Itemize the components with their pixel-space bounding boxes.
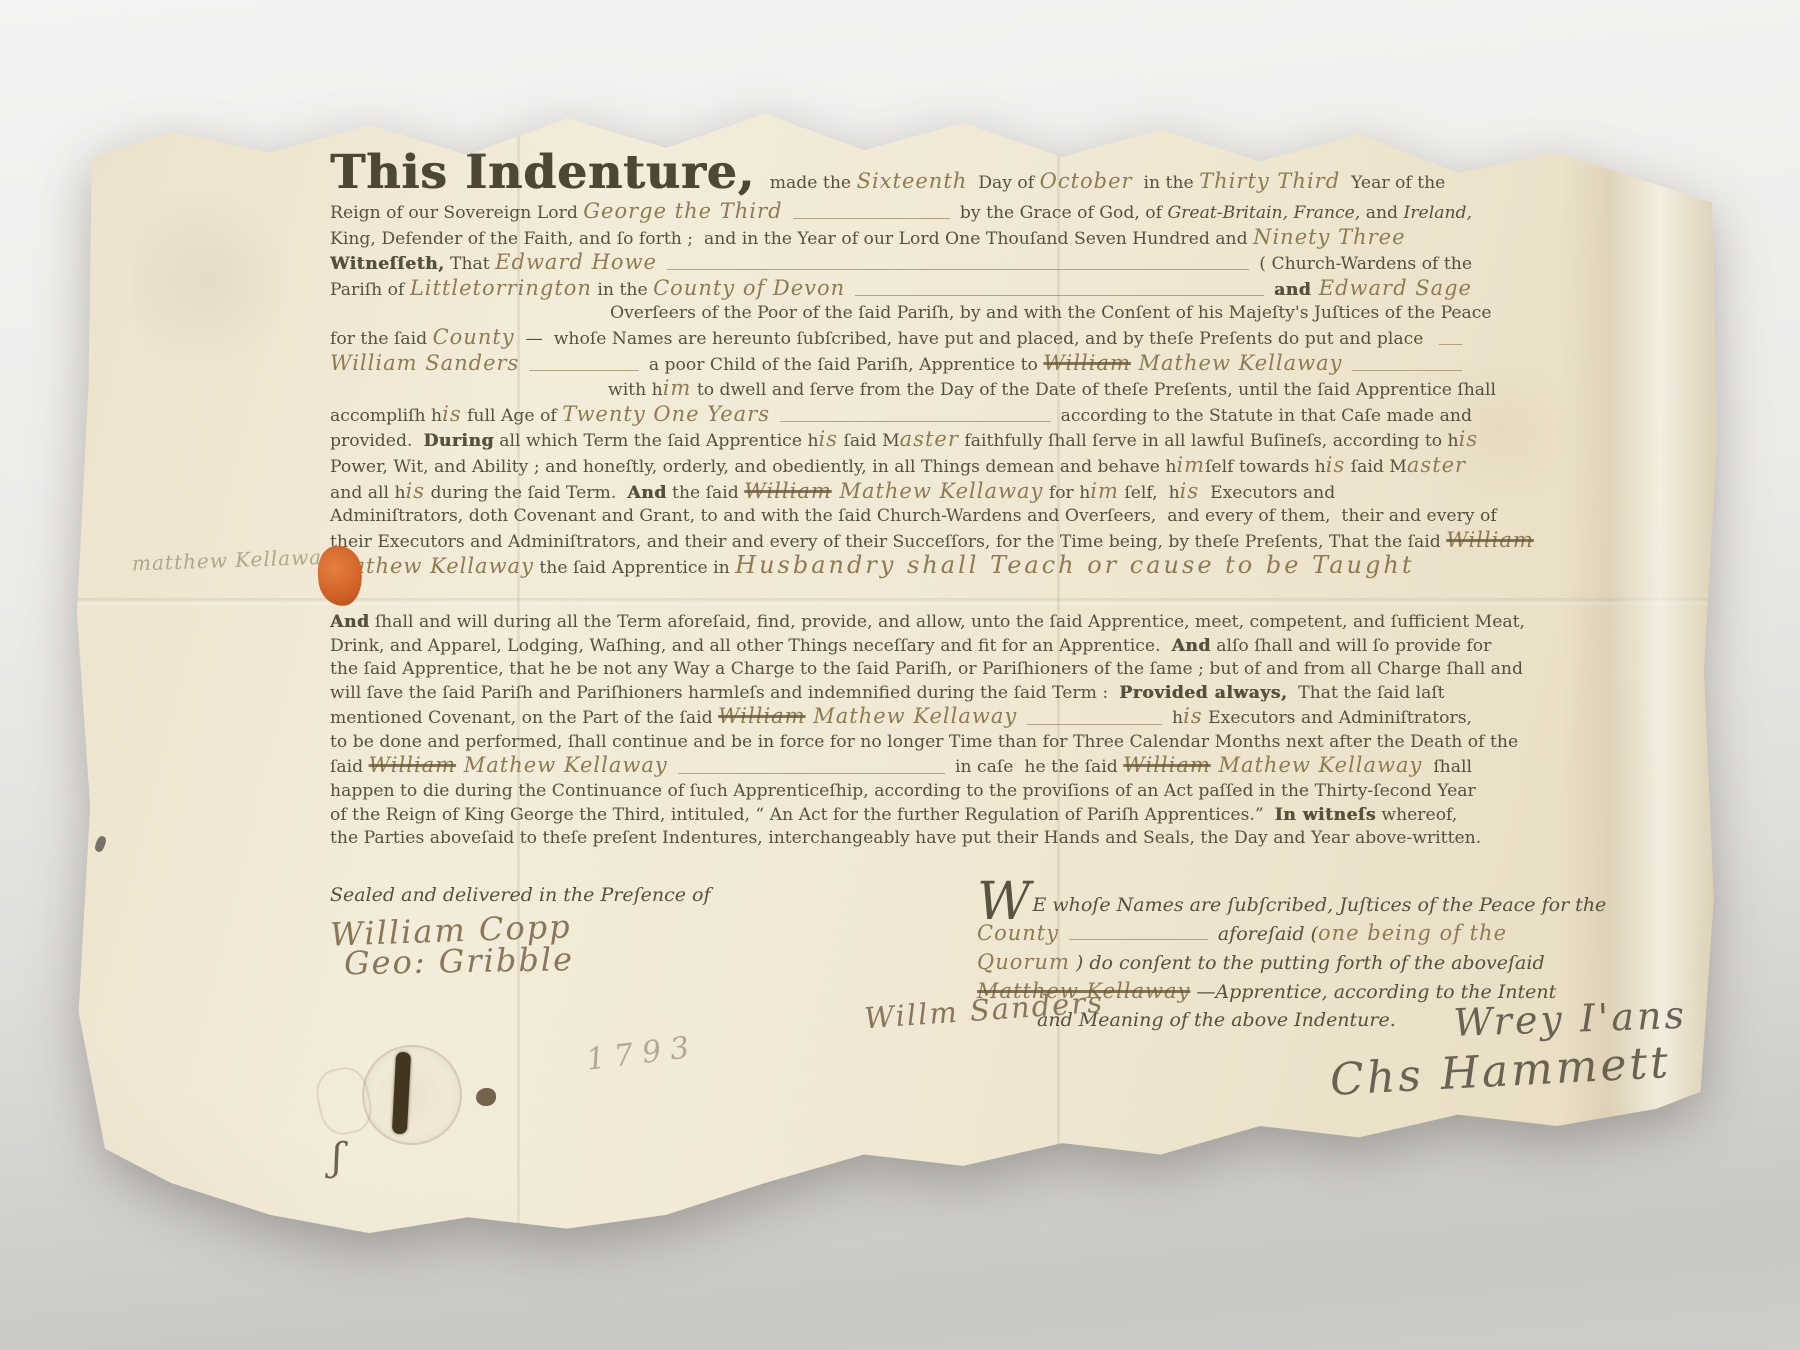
printed-text: the ſaid xyxy=(667,482,745,506)
printed-text: ſelf, h xyxy=(1119,482,1180,506)
blackletter-text: In witneſs xyxy=(1275,804,1376,828)
printed-text: h xyxy=(1172,707,1183,731)
printed-italic-text: Ireland, xyxy=(1404,202,1472,226)
printed-text: Drink, and Apparel, Lodging, Waſhing, an… xyxy=(330,635,1171,659)
handwritten-struck-text: William xyxy=(369,754,457,778)
printed-text: by the Grace of God, of xyxy=(960,202,1168,226)
document-line: and all his during the ſaid Term. And th… xyxy=(330,480,1472,506)
margin-pencil-note: matthew Kellaway xyxy=(132,544,335,575)
handwritten-text: Mathew Kellaway xyxy=(1131,352,1343,376)
printed-text: and all h xyxy=(330,482,406,506)
handwritten-text: William Sanders xyxy=(330,352,519,376)
handwritten-text: is xyxy=(1183,705,1203,729)
indenture-body-text: This Indenture, made the Sixteenth Day o… xyxy=(330,146,1472,851)
document-line: Countyaforeſaid (one being of the xyxy=(977,919,1507,948)
handwritten-text: is xyxy=(1326,454,1346,478)
handwritten-struck-text: William xyxy=(1123,754,1211,778)
printed-text: in the xyxy=(592,279,653,303)
printed-text: provided. xyxy=(330,430,423,454)
printed-text: — whoſe Names are hereunto ſubſcribed, h… xyxy=(515,328,1429,352)
printed-text: Reign of our Sovereign Lord xyxy=(330,202,583,226)
signature-text: Geo: Gribble xyxy=(344,939,575,983)
printed-italic-text: Great-Britain, France, xyxy=(1167,202,1360,226)
handwritten-struck-text: William xyxy=(1446,529,1534,553)
handwritten-text: im xyxy=(1176,454,1205,478)
blackletter-text: And xyxy=(627,482,666,506)
handwritten-text: is xyxy=(1180,480,1200,504)
handwritten-text: Sixteenth xyxy=(857,170,968,194)
printed-text: in caſe he the ſaid xyxy=(955,756,1123,780)
printed-text: ſaid xyxy=(330,756,369,780)
ink-rule xyxy=(793,206,950,219)
document-line: Quorum ) do conſent to the putting forth… xyxy=(977,948,1507,977)
printed-text: That xyxy=(445,253,496,277)
ink-rule xyxy=(667,257,1249,270)
handwritten-text: Quorum xyxy=(977,948,1070,976)
handwritten-text: Edward Sage xyxy=(1311,277,1472,301)
handwritten-text: George the Third xyxy=(583,200,782,224)
handwritten-text: Ninety Three xyxy=(1253,226,1405,250)
document-line: Adminiſtrators, doth Covenant and Grant,… xyxy=(330,505,1472,529)
document-line: And ſhall and will during all the Term a… xyxy=(330,611,1472,635)
document-line: will ſave the ſaid Pariſh and Pariſhione… xyxy=(330,682,1472,706)
ink-rule xyxy=(1439,332,1462,345)
handwritten-text: Mathew Kellaway xyxy=(1211,754,1423,778)
handwritten-text: aster xyxy=(1407,454,1466,478)
document-line: William Sandersa poor Child of the ſaid … xyxy=(330,352,1472,378)
printed-text: will ſave the ſaid Pariſh and Pariſhione… xyxy=(330,682,1119,706)
paper-document-wrap: This Indenture, made the Sixteenth Day o… xyxy=(72,100,1722,1240)
printed-text: King, Defender of the Faith, and ſo fort… xyxy=(330,228,1253,252)
printed-text: ſaid M xyxy=(838,430,900,454)
document-line: accompliſh his full Age of Twenty One Ye… xyxy=(330,403,1472,429)
printed-text: Power, Wit, and Ability ; and honeſtly, … xyxy=(330,456,1176,480)
ink-rule xyxy=(529,358,639,371)
handwritten-text: is xyxy=(442,403,462,427)
printed-text: Overſeers of the Poor of the ſaid Pariſh… xyxy=(610,302,1492,326)
title-blackletter: This Indenture, xyxy=(330,146,755,200)
printed-text: Adminiſtrators, doth Covenant and Grant,… xyxy=(330,505,1497,529)
printed-text: ( Church-Wardens of the xyxy=(1259,253,1472,277)
document-line: ſaid William Mathew Kellawayin caſe he t… xyxy=(330,754,1472,780)
printed-text: all which Term the ſaid Apprentice h xyxy=(494,430,819,454)
handwritten-text: Husbandry shall Teach or cause to be Tau… xyxy=(735,554,1414,578)
printed-text: the ſaid Apprentice in xyxy=(534,557,735,581)
handwritten-struck-text: William xyxy=(718,705,806,729)
printed-text: full Age of xyxy=(462,405,563,429)
blackletter-text: Provided always, xyxy=(1119,682,1287,706)
paper-stain xyxy=(132,170,282,390)
pencil-year-note: 1793 xyxy=(584,1029,700,1077)
document-line: happen to die during the Continuance of … xyxy=(330,780,1472,804)
handwritten-text: is xyxy=(406,480,426,504)
handwritten-text: im xyxy=(1090,480,1119,504)
printed-text: according to the Statute in that Caſe ma… xyxy=(1061,405,1472,429)
printed-text: for the ſaid xyxy=(330,328,433,352)
printed-text: the Parties aboveſaid to theſe preſent I… xyxy=(330,827,1481,851)
ink-rule xyxy=(1027,712,1162,725)
handwritten-text: Mathew Kellaway xyxy=(832,480,1044,504)
justices-signatures: Wrey I'ansChs Hammett xyxy=(1327,998,1687,1100)
ink-rule xyxy=(855,283,1264,296)
document-line: mentioned Covenant, on the Part of the ſ… xyxy=(330,705,1472,731)
printed-text: for h xyxy=(1043,482,1090,506)
printed-italic-text: E whoſe Names are ſubſcribed, Juſtices o… xyxy=(1032,891,1606,919)
document-line: the Parties aboveſaid to theſe preſent I… xyxy=(330,827,1472,851)
photo-background: This Indenture, made the Sixteenth Day o… xyxy=(0,0,1800,1350)
ink-rule xyxy=(1352,358,1462,371)
document-line: with him to dwell and ſerve from the Day… xyxy=(608,377,1472,403)
handwritten-text: County xyxy=(433,326,515,350)
handwritten-text: County of Devon xyxy=(653,277,845,301)
printed-text: made the xyxy=(759,172,857,196)
handwritten-text: is xyxy=(1459,428,1479,452)
document-line: This Indenture, made the Sixteenth Day o… xyxy=(330,146,1472,200)
printed-text: That the ſaid laſt xyxy=(1287,682,1444,706)
document-line: Drink, and Apparel, Lodging, Waſhing, an… xyxy=(330,635,1472,659)
document-line: King, Defender of the Faith, and ſo fort… xyxy=(330,226,1472,252)
handwritten-text: im xyxy=(663,377,692,401)
handwritten-text: October xyxy=(1040,170,1133,194)
handwritten-struck-text: William xyxy=(1043,352,1131,376)
embossed-duty-stamp xyxy=(362,1045,462,1145)
handwritten-text: aster xyxy=(900,428,959,452)
document-line: provided. During all which Term the ſaid… xyxy=(330,428,1472,454)
blackletter-text: And xyxy=(1171,635,1210,659)
document-line: Geo: Gribble xyxy=(344,937,711,983)
printed-text: ſhall and will during all the Term afore… xyxy=(369,611,1525,635)
document-line: Reign of our Sovereign Lord George the T… xyxy=(330,200,1472,226)
paper-document: This Indenture, made the Sixteenth Day o… xyxy=(72,100,1722,1240)
handwritten-text: Thirty Third xyxy=(1199,170,1340,194)
ink-rule xyxy=(678,761,945,774)
printed-text: accompliſh h xyxy=(330,405,442,429)
printed-text: in the xyxy=(1133,172,1200,196)
printed-text: Day of xyxy=(967,172,1039,196)
handwritten-text: Edward Howe xyxy=(495,251,657,275)
dropcap-letter: W xyxy=(977,888,1030,916)
document-line: to be done and performed, ſhall continue… xyxy=(330,731,1472,755)
printed-text: to dwell and ſerve from the Day of the D… xyxy=(691,379,1496,403)
handwritten-text: one being of the xyxy=(1318,919,1507,947)
blackletter-text: and xyxy=(1274,279,1311,303)
printed-text: ſhall xyxy=(1422,756,1472,780)
document-line: Overſeers of the Poor of the ſaid Pariſh… xyxy=(610,302,1472,326)
paper-speck xyxy=(94,835,108,853)
printed-text: of the Reign of King George the Third, i… xyxy=(330,804,1275,828)
document-line: Power, Wit, and Ability ; and honeſtly, … xyxy=(330,454,1472,480)
printed-text: Executors and Adminiſtrators, xyxy=(1203,707,1472,731)
handwritten-struck-text: William xyxy=(744,480,832,504)
witness-attestation-block: Sealed and delivered in the Preſence ofW… xyxy=(330,882,710,980)
document-line: of the Reign of King George the Third, i… xyxy=(330,804,1472,828)
blackletter-text: Witneſſeth, xyxy=(330,253,445,277)
printed-text: to be done and performed, ſhall continue… xyxy=(330,731,1518,755)
printed-text: the ſaid Apprentice, that he be not any … xyxy=(330,658,1523,682)
handwritten-text: Littletorrington xyxy=(410,277,592,301)
printed-text: Year of the xyxy=(1340,172,1445,196)
printed-text: whereof, xyxy=(1376,804,1457,828)
printed-text: Executors and xyxy=(1199,482,1335,506)
printed-text: with h xyxy=(608,379,663,403)
document-line: for the ſaid County — whoſe Names are he… xyxy=(330,326,1472,352)
handwritten-text: Twenty One Years xyxy=(562,403,770,427)
blackletter-text: During xyxy=(423,430,494,454)
printed-text: Pariſh of xyxy=(330,279,410,303)
printed-text: during the ſaid Term. xyxy=(425,482,627,506)
printed-text: faithfully ſhall ſerve in all lawful Buſ… xyxy=(959,430,1459,454)
printed-text: ſelf towards h xyxy=(1205,456,1326,480)
printed-text: happen to die during the Continuance of … xyxy=(330,780,1476,804)
ink-dot xyxy=(476,1088,496,1106)
ink-rule xyxy=(1069,927,1208,940)
printed-text: ſaid M xyxy=(1345,456,1407,480)
pen-flourish-mark: ʃ xyxy=(332,1135,342,1179)
ink-rule xyxy=(780,409,1051,422)
printed-text: and xyxy=(1360,202,1403,226)
printed-italic-text: aforeſaid ( xyxy=(1218,920,1318,948)
handwritten-text: is xyxy=(819,428,839,452)
document-line: WE whoſe Names are ſubſcribed, Juſtices … xyxy=(977,880,1507,919)
document-line: Witneſſeth, That Edward Howe( Church-War… xyxy=(330,251,1472,277)
blackletter-text: And xyxy=(330,611,369,635)
document-line: the ſaid Apprentice, that he be not any … xyxy=(330,658,1472,682)
document-line: Mathew Kellaway the ſaid Apprentice in H… xyxy=(330,554,1472,581)
document-line: Pariſh of Littletorrington in the County… xyxy=(330,277,1472,303)
handwritten-text: Mathew Kellaway xyxy=(456,754,668,778)
printed-text: a poor Child of the ſaid Pariſh, Apprent… xyxy=(649,354,1044,378)
handwritten-text: Mathew Kellaway xyxy=(806,705,1018,729)
printed-text: alſo ſhall and will ſo provide for xyxy=(1211,635,1491,659)
printed-italic-text: ) do conſent to the putting forth of the… xyxy=(1070,949,1545,977)
printed-text: mentioned Covenant, on the Part of the ſ… xyxy=(330,707,718,731)
